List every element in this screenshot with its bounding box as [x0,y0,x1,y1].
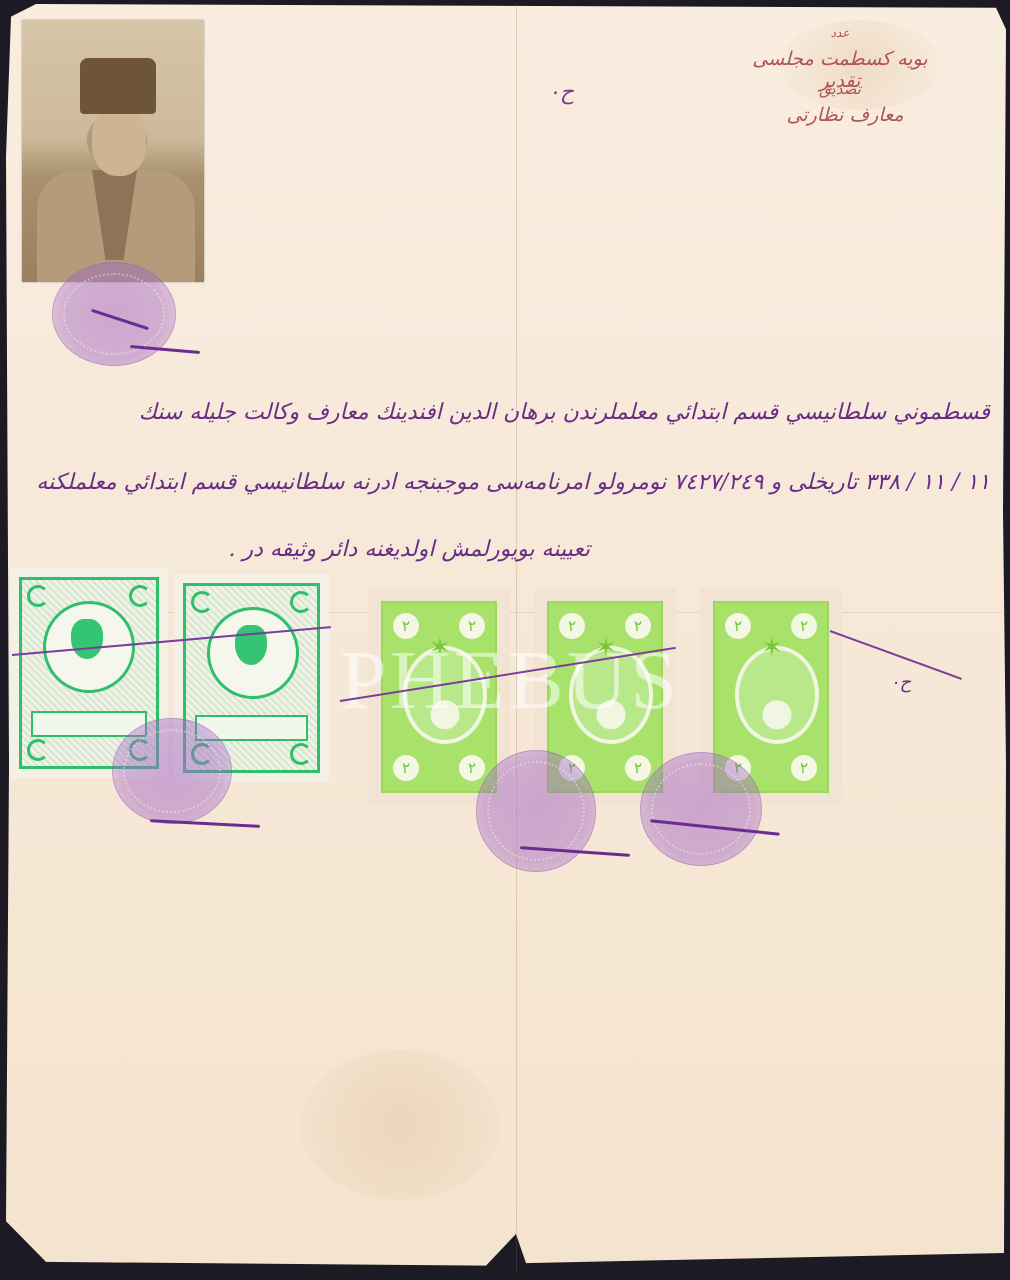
photo-face [92,108,146,176]
portrait-photo [22,20,204,282]
photo-kalpak-hat [80,58,156,114]
denomination-badge: ٢ [459,755,485,781]
star-icon: ✶ [761,633,783,663]
crescent-icon [129,585,151,607]
paper-stain [300,1050,500,1200]
crescent-icon [27,739,49,761]
tughra-icon [71,619,103,659]
header-note-line-3: تصدیق [780,80,900,98]
official-seal-stamps-middle [476,750,596,872]
denomination-badge: ٢ [791,755,817,781]
denomination-badge: ٢ [625,755,651,781]
crescent-icon [290,743,312,765]
watermark-text: PHEBUS [340,632,680,729]
header-note-line-1: عدد [780,26,900,40]
header-note-line-4: معارف نظارتی [760,104,930,126]
body-line-3: تعيينه بويورلمش اولدیغنه دائر وثیقه در . [228,537,590,562]
reference-mark: ح٠ [548,80,574,105]
body-line-1: قسطموني سلطانيسي قسم ابتدائي معلملرندن ب… [139,400,990,425]
denomination-badge: ٢ [725,613,751,639]
denomination-badge: ٢ [393,755,419,781]
cancellation-mark: ح٠ [890,672,911,693]
official-seal-stamps-right [640,752,762,866]
crescent-icon [290,591,312,613]
tughra-icon [235,625,267,665]
body-line-2: ۱۱ / ۱۱ / ۳۳۸ تاریخلی و ٧٤٢٧/٢٤٩ نومرولو… [36,470,990,495]
official-seal-stamps-left [112,718,232,824]
denomination-badge: ٢ [791,613,817,639]
crescent-icon [27,585,49,607]
crescent-icon [191,591,213,613]
